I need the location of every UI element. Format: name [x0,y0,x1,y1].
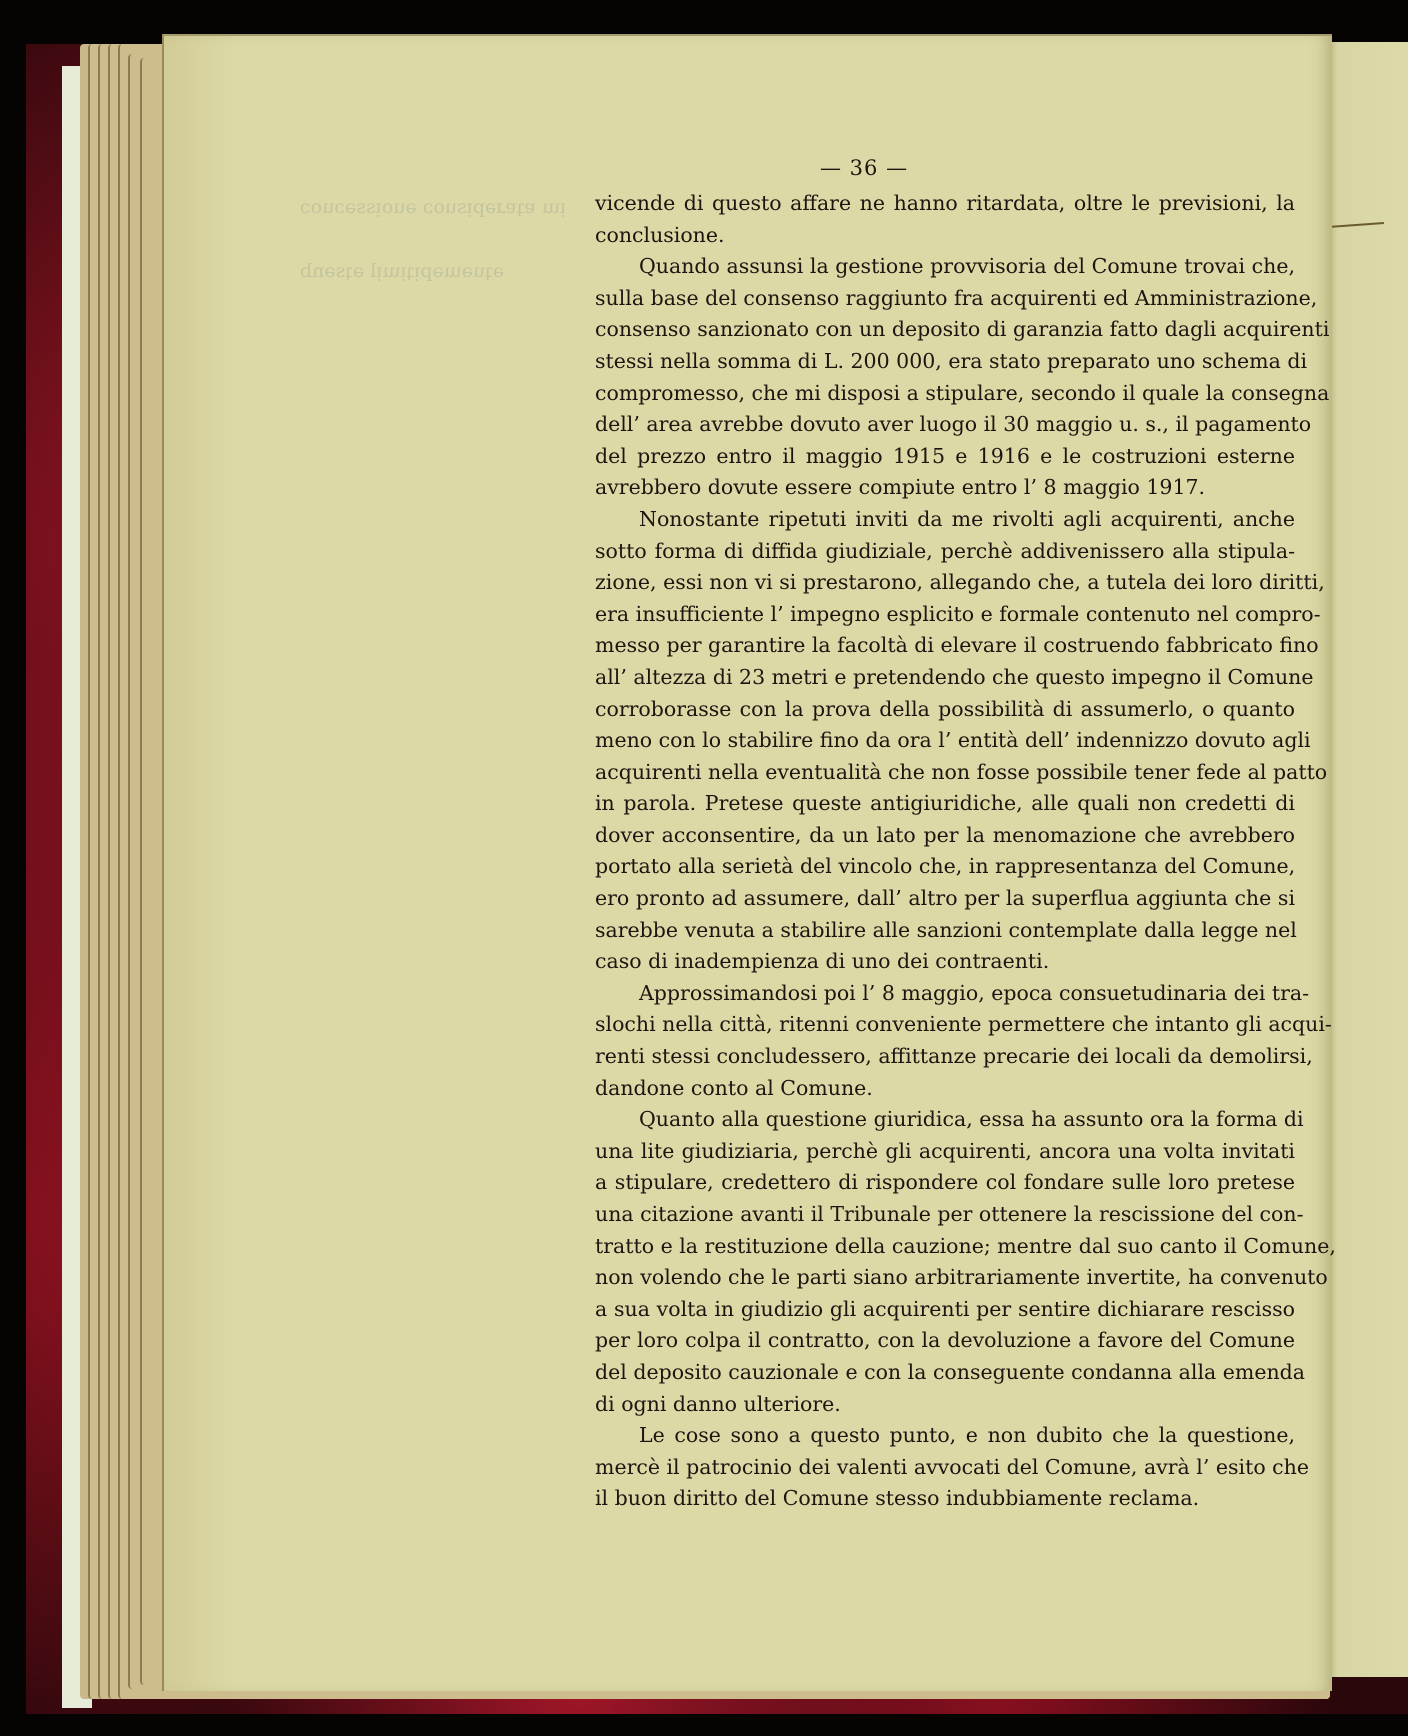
text-line: avrebbero dovute essere compiute entro l… [595,472,1295,504]
paragraph: Quanto alla questione giuridica, essa ha… [595,1104,1295,1420]
text-line: in parola. Pretese queste antigiuridiche… [595,788,1295,820]
text-line: portato alla serietà del vincolo che, in… [595,851,1295,883]
text-line: dell’ area avrebbe dovuto aver luogo il … [595,409,1295,441]
text-line: Le cose sono a questo punto, e non dubit… [595,1420,1295,1452]
text-line: slochi nella città, ritenni conveniente … [595,1009,1295,1041]
text-line: sarebbe venuta a stabilire alle sanzioni… [595,915,1295,947]
text-line: sotto forma di diffida giudiziale, perch… [595,536,1295,568]
paragraph: Nonostante ripetuti inviti da me rivolti… [595,504,1295,978]
text-line: sulla base del consenso raggiunto fra ac… [595,283,1295,315]
text-line: del prezzo entro il maggio 1915 e 1916 e… [595,441,1295,473]
text-line: stessi nella somma di L. 200 000, era st… [595,346,1295,378]
show-through-text: ǝʇuǝɯǝpᴉʇᴉɯᴉl ǝʇsǝnb [300,260,504,282]
text-line: a sua volta in giudizio gli acquirenti p… [595,1294,1295,1326]
text-line: a stipulare, credettero di rispondere co… [595,1167,1295,1199]
paragraph: Quando assunsi la gestione provvisoria d… [595,251,1295,504]
body-text: vicende di questo affare ne hanno ritard… [595,188,1295,1515]
text-line: compromesso, che mi disposi a stipulare,… [595,378,1295,410]
text-line: zione, essi non vi si prestarono, allega… [595,567,1295,599]
text-line: Quanto alla questione giuridica, essa ha… [595,1104,1295,1136]
text-line: Quando assunsi la gestione provvisoria d… [595,251,1295,283]
text-line: corroborasse con la prova della possibil… [595,694,1295,726]
page-number: — 36 — [820,156,908,180]
text-line: all’ altezza di 23 metri e pretendendo c… [595,662,1295,694]
text-line: tratto e la restituzione della cauzione;… [595,1231,1295,1263]
text-line: conclusione. [595,220,1295,252]
text-line: era insufficiente l’ impegno esplicito e… [595,599,1295,631]
paragraph: Approssimandosi poi l’ 8 maggio, epoca c… [595,978,1295,1104]
text-line: una citazione avanti il Tribunale per ot… [595,1199,1295,1231]
text-line: Nonostante ripetuti inviti da me rivolti… [595,504,1295,536]
text-line: ero pronto ad assumere, dall’ altro per … [595,883,1295,915]
text-line: acquirenti nella eventualità che non fos… [595,757,1295,789]
text-line: dover acconsentire, da un lato per la me… [595,820,1295,852]
facing-page-edge [1328,42,1408,1677]
show-through-text: ᴉɯ ɐʇɐɹǝpᴉsuoɔ ǝuoᴉssǝɔuoɔ [300,196,566,218]
text-line: non volendo che le parti siano arbitrari… [595,1262,1295,1294]
text-line: consenso sanzionato con un deposito di g… [595,314,1295,346]
text-line: il buon diritto del Comune stesso indubb… [595,1483,1295,1515]
text-line: vicende di questo affare ne hanno ritard… [595,188,1295,220]
text-line: per loro colpa il contratto, con la devo… [595,1325,1295,1357]
paragraph: vicende di questo affare ne hanno ritard… [595,188,1295,251]
text-line: una lite giudiziaria, perchè gli acquire… [595,1136,1295,1168]
text-line: dandone conto al Comune. [595,1073,1295,1105]
text-line: renti stessi concludessero, affittanze p… [595,1041,1295,1073]
text-line: meno con lo stabilire fino da ora l’ ent… [595,725,1295,757]
text-line: Approssimandosi poi l’ 8 maggio, epoca c… [595,978,1295,1010]
text-line: mercè il patrocinio dei valenti avvocati… [595,1452,1295,1484]
text-line: caso di inadempienza di uno dei contraen… [595,946,1295,978]
bookmark-thread [1328,222,1384,228]
paragraph: Le cose sono a questo punto, e non dubit… [595,1420,1295,1515]
text-line: di ogni danno ulteriore. [595,1389,1295,1421]
text-line: messo per garantire la facoltà di elevar… [595,630,1295,662]
text-line: del deposito cauzionale e con la consegu… [595,1357,1295,1389]
